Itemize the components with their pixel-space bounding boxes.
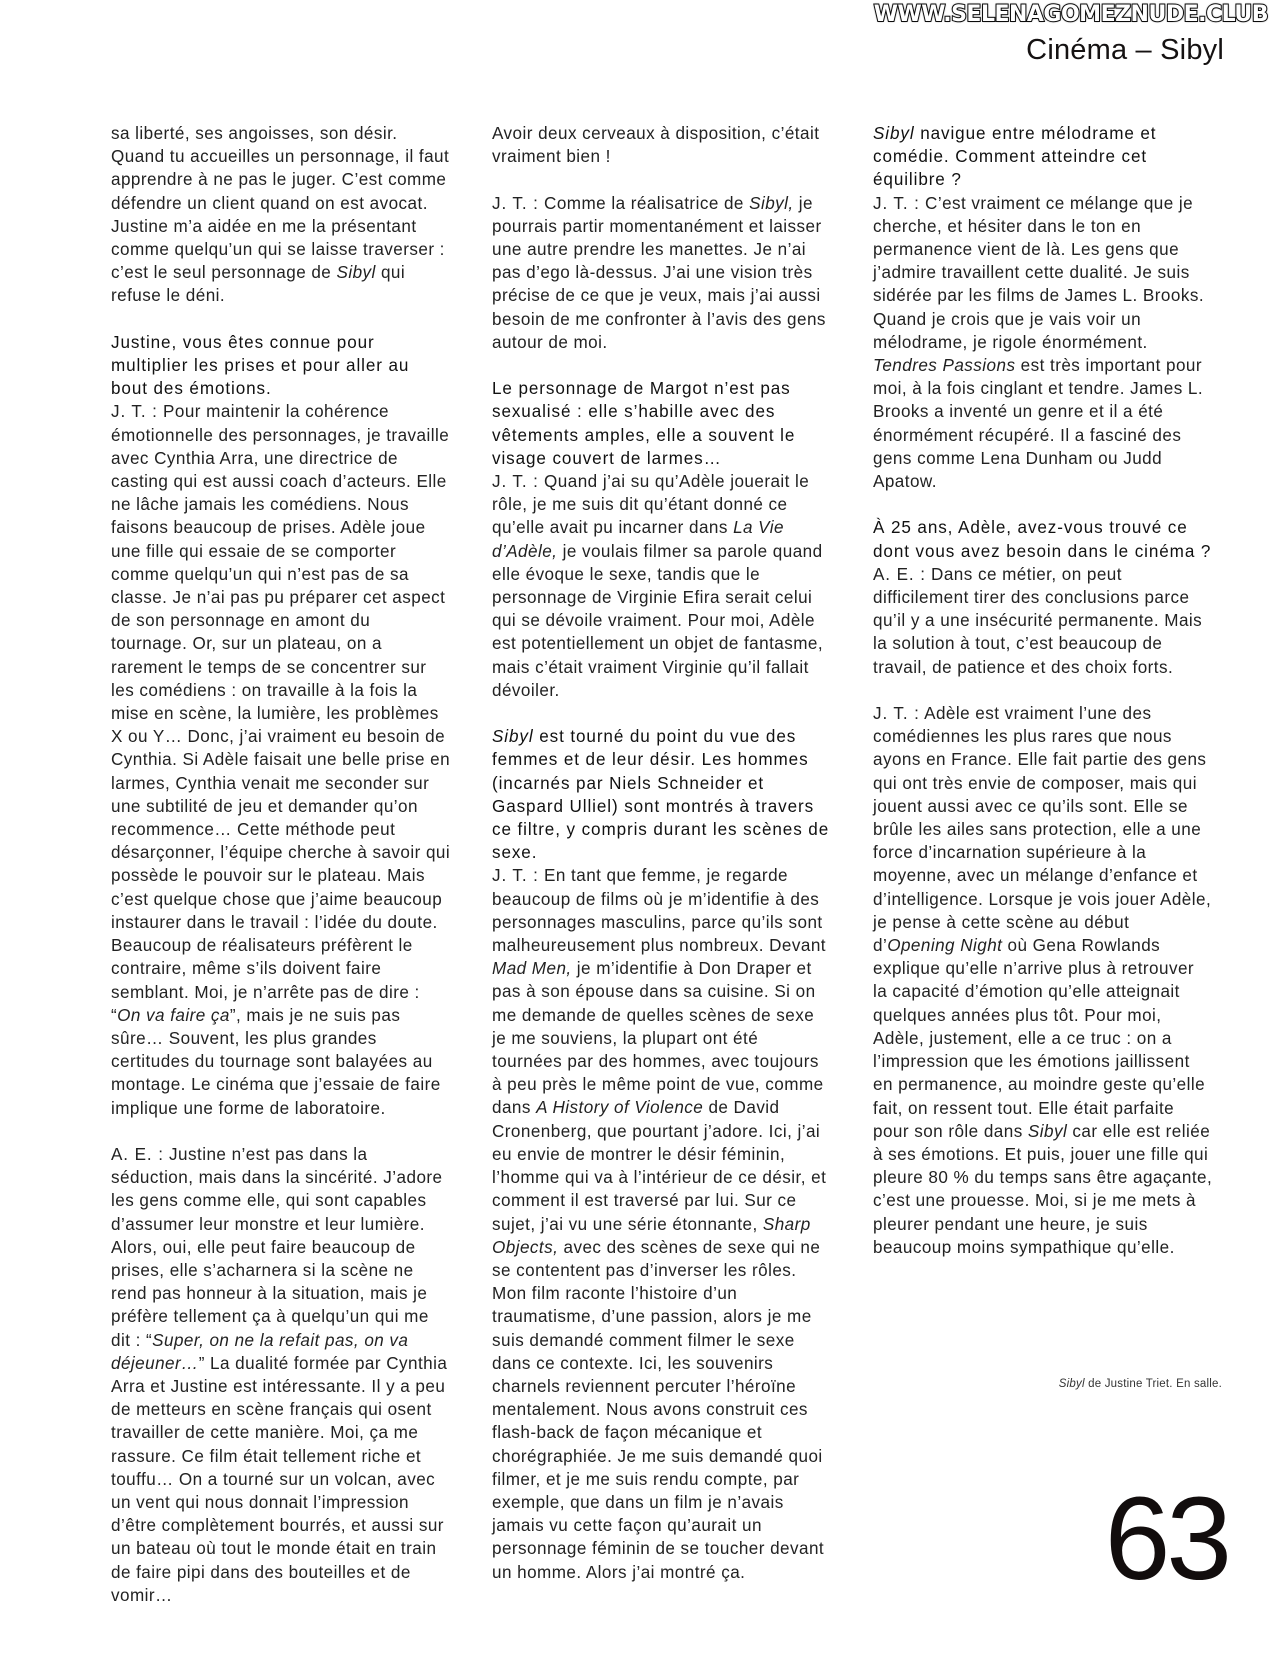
interview-answer: A. E. : Justine n’est pas dans la séduct… — [111, 1143, 451, 1607]
interview-answer: sa liberté, ses angoisses, son désir. Qu… — [111, 122, 451, 308]
speaker-initials: A. E. : — [111, 1145, 164, 1164]
film-caption: Sibyl de Justine Triet. En salle. — [1059, 1378, 1222, 1390]
speaker-initials: A. E. : — [873, 565, 926, 584]
speaker-initials: J. T. : — [492, 472, 539, 491]
interview-answer: J. T. : Pour maintenir la cohérence émot… — [111, 400, 451, 1119]
article-column-2: Avoir deux cerveaux à disposition, c’éta… — [492, 122, 832, 1607]
article-column-3: Sibyl navigue entre mélodrame et comédie… — [873, 122, 1213, 1282]
section-rubric: Cinéma – Sibyl — [1026, 34, 1224, 67]
watermark: WWW.SELENAGOMEZNUDE.CLUB — [874, 2, 1268, 27]
italic-title: Sibyl — [492, 727, 534, 746]
interview-answer: J. T. : Quand j’ai su qu’Adèle jouerait … — [492, 470, 832, 702]
speaker-initials: J. T. : — [111, 402, 158, 421]
speaker-initials: J. T. : — [492, 866, 539, 885]
speaker-initials: J. T. : — [873, 194, 920, 213]
interview-answer: A. E. : Dans ce métier, on peut difficil… — [873, 563, 1213, 679]
italic-title: Super, on ne la refait pas, on va déjeun… — [111, 1331, 408, 1373]
article-column-1: sa liberté, ses angoisses, son désir. Qu… — [111, 122, 451, 1630]
caption-film-title: Sibyl — [1059, 1378, 1085, 1390]
interview-question: Le personnage de Margot n’est pas sexual… — [492, 377, 832, 470]
interview-question: Sibyl est tourné du point du vue des fem… — [492, 725, 832, 864]
caption-text: de Justine Triet. En salle. — [1085, 1378, 1222, 1390]
italic-title: Sibyl — [336, 263, 375, 282]
interview-question: À 25 ans, Adèle, avez-vous trouvé ce don… — [873, 516, 1213, 562]
interview-answer: J. T. : C’est vraiment ce mélange que je… — [873, 192, 1213, 494]
italic-title: Tendres Passions — [873, 356, 1015, 375]
interview-question: Sibyl navigue entre mélodrame et comédie… — [873, 122, 1213, 192]
italic-title: Opening Night — [887, 936, 1002, 955]
page-number: 63 — [1105, 1480, 1228, 1598]
speaker-initials: J. T. : — [492, 194, 539, 213]
italic-title: La Vie d’Adèle, — [492, 518, 784, 560]
italic-title: Sibyl, — [749, 194, 794, 213]
italic-title: Sibyl — [1028, 1122, 1067, 1141]
interview-question: Justine, vous êtes connue pour multiplie… — [111, 331, 451, 401]
interview-answer: J. T. : Adèle est vraiment l’une des com… — [873, 702, 1213, 1259]
interview-answer: Avoir deux cerveaux à disposition, c’éta… — [492, 122, 832, 168]
italic-title: Sharp Objects, — [492, 1215, 811, 1257]
interview-answer: J. T. : En tant que femme, je regarde be… — [492, 864, 832, 1583]
italic-title: On va faire ça — [117, 1006, 230, 1025]
italic-title: Mad Men, — [492, 959, 572, 978]
italic-title: A History of Violence — [536, 1098, 703, 1117]
speaker-initials: J. T. : — [873, 704, 920, 723]
italic-title: Sibyl — [873, 124, 915, 143]
interview-answer: J. T. : Comme la réalisatrice de Sibyl, … — [492, 192, 832, 354]
